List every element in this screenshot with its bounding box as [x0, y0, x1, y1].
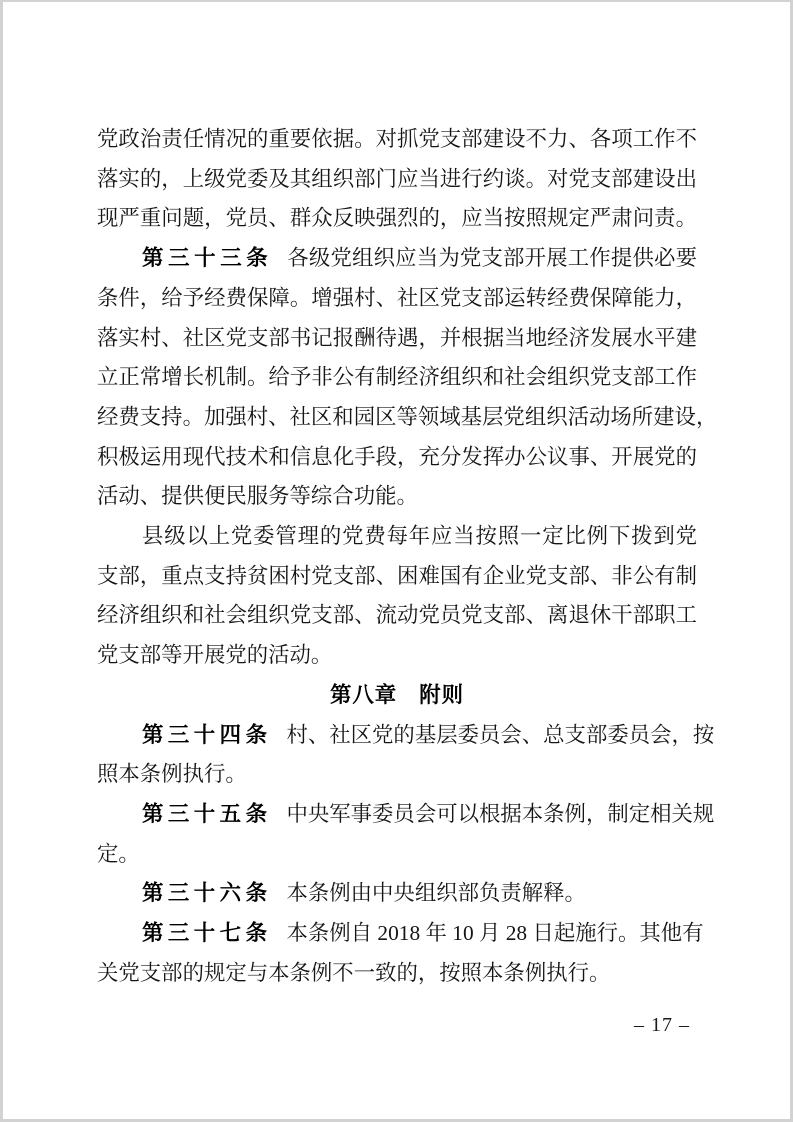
text-line: 第三十四条村、社区党的基层委员会、总支部委员会，按	[97, 716, 697, 756]
text-line: 现严重问题，党员、群众反映强烈的，应当按照规定严肃问责。	[97, 199, 697, 239]
line-text: 立正常增长机制。给予非公有制经济组织和社会组织党支部工作	[97, 365, 697, 389]
text-line: 第三十七条本条例自 2018 年 10 月 28 日起施行。其他有	[97, 914, 697, 954]
text-line: 关党支部的规定与本条例不一致的，按照本条例执行。	[97, 954, 697, 994]
text-line: 照本条例执行。	[97, 755, 697, 795]
line-text: 党政治责任情况的重要依据。对抓党支部建设不力、各项工作不	[97, 127, 697, 151]
line-text: 本条例自 2018 年 10 月 28 日起施行。其他有	[286, 921, 703, 945]
text-line: 活动、提供便民服务等综合功能。	[97, 477, 697, 517]
line-text: 条件，给予经费保障。增强村、社区党支部运转经费保障能力，	[97, 286, 697, 310]
line-text: 经济组织和社会组织党支部、流动党员党支部、离退休干部职工	[97, 603, 697, 627]
text-line: 落实村、社区党支部书记报酬待遇，并根据当地经济发展水平建	[97, 319, 697, 359]
line-text: 本条例由中央组织部负责解释。	[286, 881, 585, 905]
line-text: 活动、提供便民服务等综合功能。	[97, 484, 418, 508]
text-line: 第三十六条本条例由中央组织部负责解释。	[97, 874, 697, 914]
line-text: 中央军事委员会可以根据本条例，制定相关规	[286, 802, 714, 826]
text-line: 立正常增长机制。给予非公有制经济组织和社会组织党支部工作	[97, 358, 697, 398]
text-line: 落实的，上级党委及其组织部门应当进行约谈。对党支部建设出	[97, 160, 697, 200]
line-text: 照本条例执行。	[97, 762, 247, 786]
line-text: 党支部等开展党的活动。	[97, 643, 332, 667]
text-column: 党政治责任情况的重要依据。对抓党支部建设不力、各项工作不 落实的，上级党委及其组…	[97, 120, 697, 993]
line-text: 经费支持。加强村、社区和园区等领域基层党组织活动场所建设，	[97, 405, 717, 429]
text-line: 积极运用现代技术和信息化手段，充分发挥办公议事、开展党的	[97, 438, 697, 478]
line-text: 关党支部的规定与本条例不一致的，按照本条例执行。	[97, 961, 610, 985]
text-line: 第三十五条中央军事委员会可以根据本条例，制定相关规	[97, 795, 697, 835]
text-line: 经费支持。加强村、社区和园区等领域基层党组织活动场所建设，	[97, 398, 697, 438]
line-text: 落实村、社区党支部书记报酬待遇，并根据当地经济发展水平建	[97, 326, 697, 350]
article-number: 第三十六条	[142, 881, 271, 905]
line-text: 支部，重点支持贫困村党支部、困难国有企业党支部、非公有制	[97, 564, 697, 588]
text-line: 第三十三条各级党组织应当为党支部开展工作提供必要	[97, 239, 697, 279]
text-line: 党政治责任情况的重要依据。对抓党支部建设不力、各项工作不	[97, 120, 697, 160]
article-number: 第三十四条	[142, 723, 271, 747]
article-number: 第三十七条	[142, 921, 271, 945]
chapter-heading: 第八章附则	[97, 676, 697, 716]
text-line: 条件，给予经费保障。增强村、社区党支部运转经费保障能力，	[97, 279, 697, 319]
article-number: 第三十五条	[142, 802, 271, 826]
chapter-number: 第八章	[330, 683, 397, 707]
chapter-title: 附则	[419, 683, 464, 707]
text-line: 定。	[97, 835, 697, 875]
text-line: 县级以上党委管理的党费每年应当按照一定比例下拨到党	[97, 517, 697, 557]
line-text: 积极运用现代技术和信息化手段，充分发挥办公议事、开展党的	[97, 445, 697, 469]
document-page: 党政治责任情况的重要依据。对抓党支部建设不力、各项工作不 落实的，上级党委及其组…	[3, 2, 790, 1119]
line-text: 定。	[97, 842, 140, 866]
article-number: 第三十三条	[142, 246, 272, 270]
text-line: 经济组织和社会组织党支部、流动党员党支部、离退休干部职工	[97, 596, 697, 636]
line-text: 各级党组织应当为党支部开展工作提供必要	[287, 246, 697, 270]
line-text: 县级以上党委管理的党费每年应当按照一定比例下拨到党	[142, 524, 697, 548]
text-line: 支部，重点支持贫困村党支部、困难国有企业党支部、非公有制	[97, 557, 697, 597]
line-text: 村、社区党的基层委员会、总支部委员会，按	[286, 723, 714, 747]
line-text: 落实的，上级党委及其组织部门应当进行约谈。对党支部建设出	[97, 167, 697, 191]
line-text: 现严重问题，党员、群众反映强烈的，应当按照规定严肃问责。	[97, 206, 697, 230]
text-line: 党支部等开展党的活动。	[97, 636, 697, 676]
page-number: – 17 –	[634, 1014, 690, 1037]
document-viewport: 党政治责任情况的重要依据。对抓党支部建设不力、各项工作不 落实的，上级党委及其组…	[0, 0, 793, 1122]
